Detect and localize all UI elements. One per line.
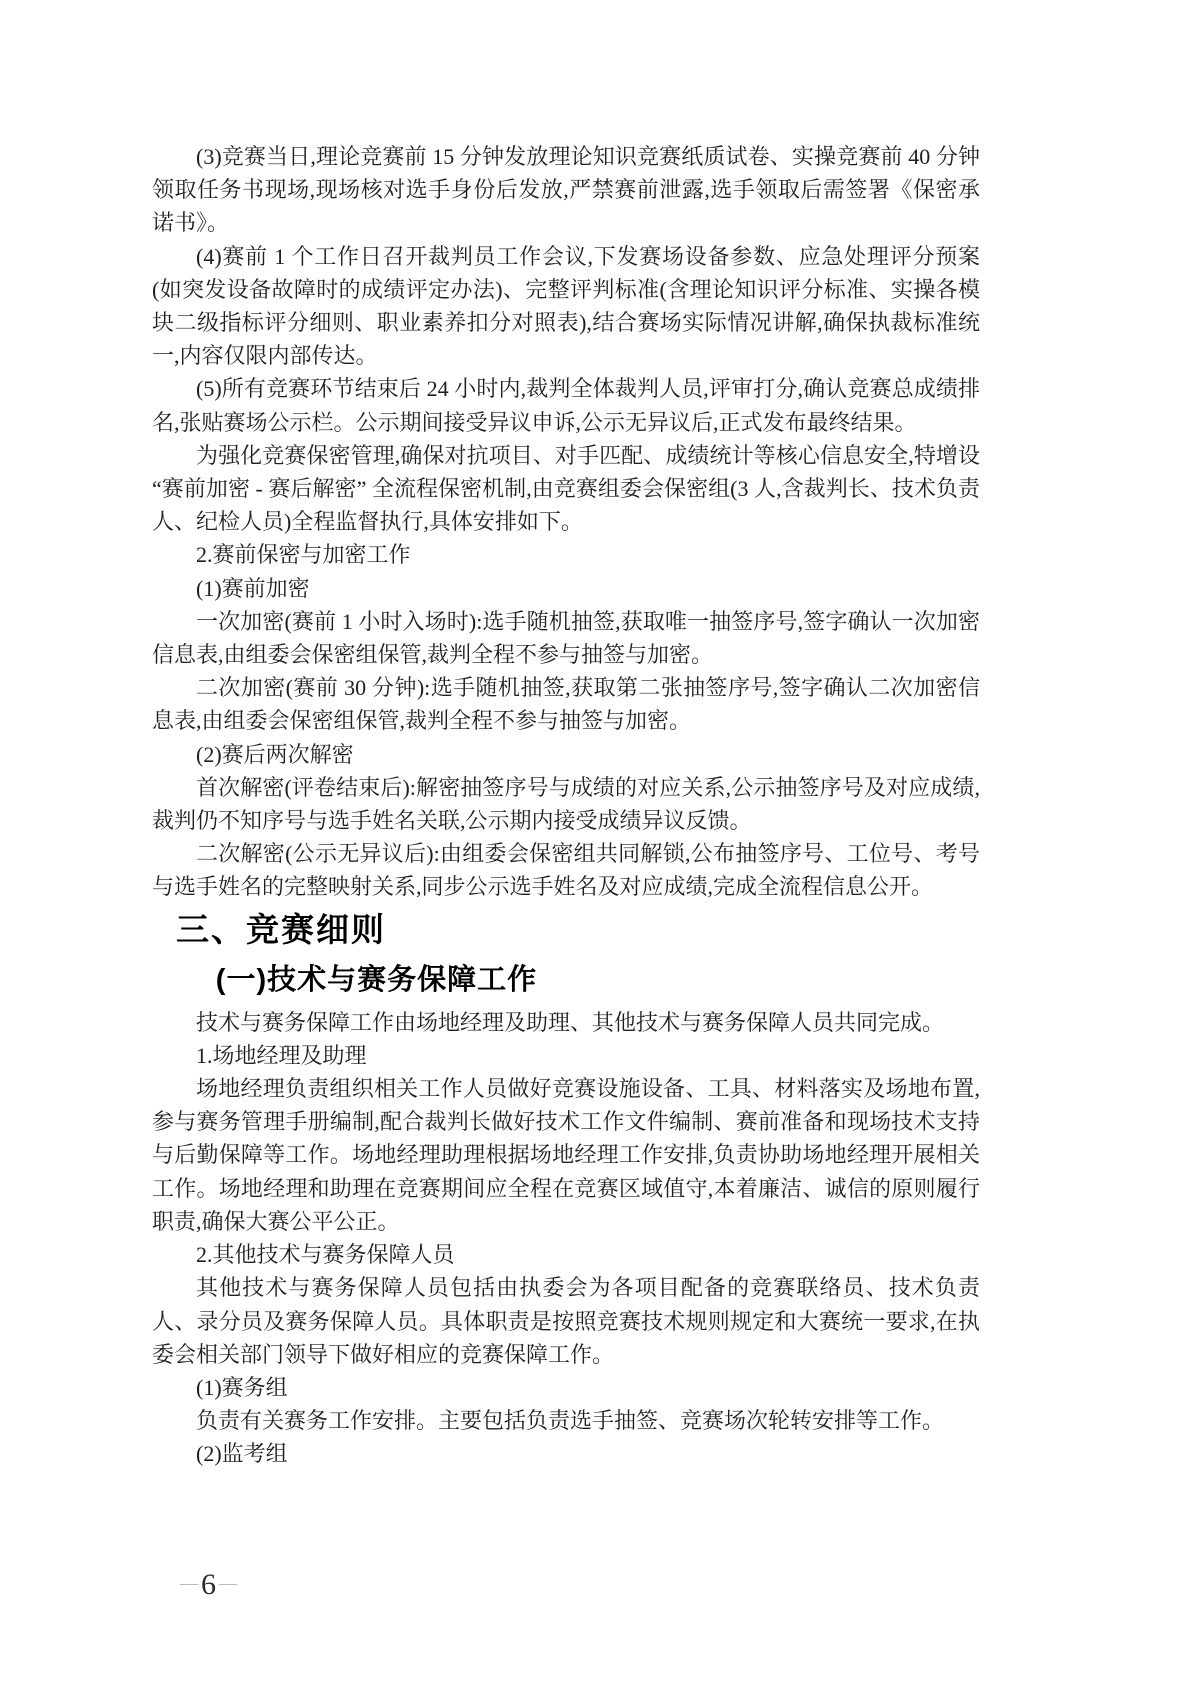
paragraph: (1)赛前加密 <box>152 572 980 605</box>
document-page: (3)竞赛当日,理论竞赛前 15 分钟发放理论知识竞赛纸质试卷、实操竞赛前 40… <box>0 0 1199 1696</box>
paragraph: 首次解密(评卷结束后):解密抽签序号与成绩的对应关系,公示抽签序号及对应成绩,裁… <box>152 771 980 837</box>
paragraph: 技术与赛务保障工作由场地经理及助理、其他技术与赛务保障人员共同完成。 <box>152 1006 980 1039</box>
paragraph: (4)赛前 1 个工作日召开裁判员工作会议,下发赛场设备参数、应急处理评分预案(… <box>152 240 980 373</box>
subsection-heading: (一)技术与赛务保障工作 <box>152 960 980 1000</box>
paragraph: (3)竞赛当日,理论竞赛前 15 分钟发放理论知识竞赛纸质试卷、实操竞赛前 40… <box>152 140 980 240</box>
paragraph: 2.其他技术与赛务保障人员 <box>152 1238 980 1271</box>
paragraph: 1.场地经理及助理 <box>152 1039 980 1072</box>
section-heading: 三、竞赛细则 <box>152 908 980 952</box>
paragraph: (2)赛后两次解密 <box>152 738 980 771</box>
paragraph: (2)监考组 <box>152 1437 980 1470</box>
paragraph: (1)赛务组 <box>152 1371 980 1404</box>
page-number-value: 6 <box>201 1568 216 1601</box>
page-number-left-dash: — <box>180 1573 198 1593</box>
paragraph: 场地经理负责组织相关工作人员做好竞赛设施设备、工具、材料落实及场地布置,参与赛务… <box>152 1072 980 1238</box>
page-number: —6— <box>177 1568 240 1602</box>
paragraph: 二次解密(公示无异议后):由组委会保密组共同解锁,公布抽签序号、工位号、考号与选… <box>152 837 980 903</box>
paragraph: 负责有关赛务工作安排。主要包括负责选手抽签、竞赛场次轮转安排等工作。 <box>152 1404 980 1437</box>
paragraph: 二次加密(赛前 30 分钟):选手随机抽签,获取第二张抽签序号,签字确认二次加密… <box>152 671 980 737</box>
paragraph: 一次加密(赛前 1 小时入场时):选手随机抽签,获取唯一抽签序号,签字确认一次加… <box>152 605 980 671</box>
paragraph: 为强化竞赛保密管理,确保对抗项目、对手匹配、成绩统计等核心信息安全,特增设 “赛… <box>152 439 980 539</box>
page-number-right-dash: — <box>219 1573 237 1593</box>
paragraph: (5)所有竞赛环节结束后 24 小时内,裁判全体裁判人员,评审打分,确认竞赛总成… <box>152 372 980 438</box>
paragraph: 2.赛前保密与加密工作 <box>152 538 980 571</box>
paragraph: 其他技术与赛务保障人员包括由执委会为各项目配备的竞赛联络员、技术负责人、录分员及… <box>152 1271 980 1371</box>
document-body: (3)竞赛当日,理论竞赛前 15 分钟发放理论知识竞赛纸质试卷、实操竞赛前 40… <box>152 140 980 1471</box>
